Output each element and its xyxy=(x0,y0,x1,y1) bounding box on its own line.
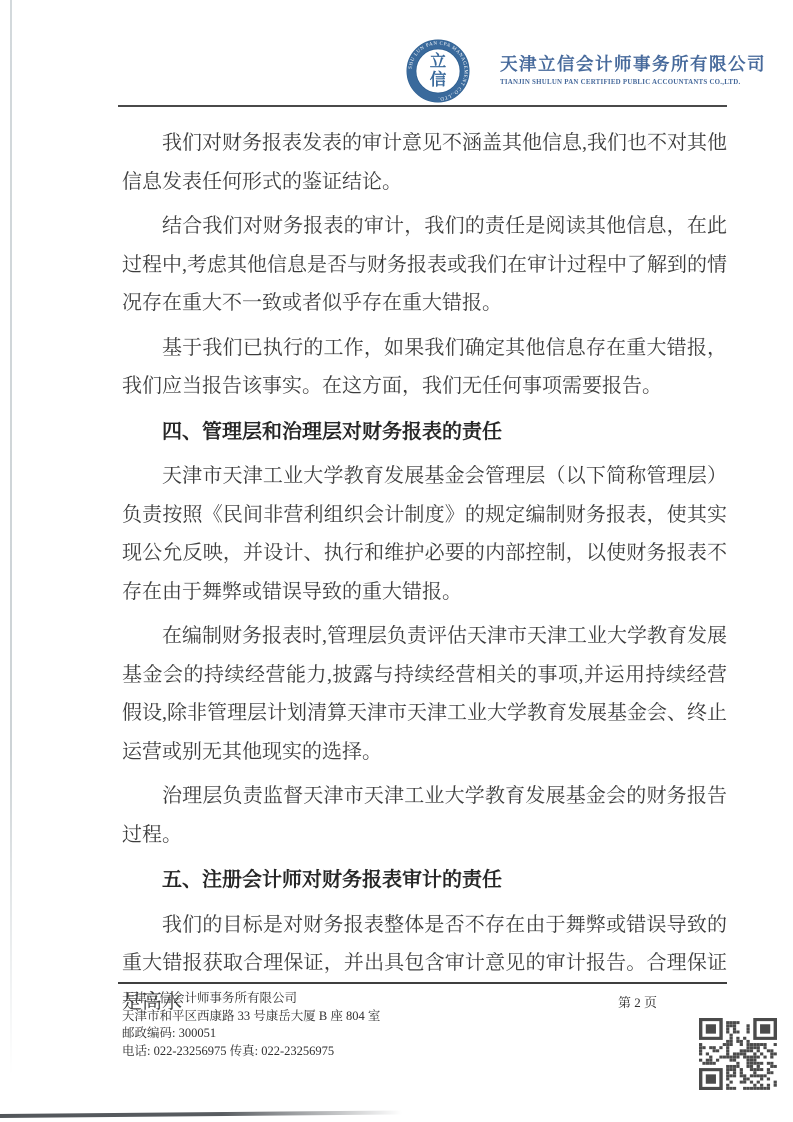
company-logo-icon: SHU LUN PAN CPA MANAGEMENT CO.,LTD. 立 信 xyxy=(406,39,470,103)
scan-edge-bottom xyxy=(0,1110,402,1118)
footer-postcode: 邮政编码: 300051 xyxy=(122,1025,542,1043)
footer-phone-fax: 电话: 022-23256975 传真: 022-23256975 xyxy=(122,1043,542,1061)
paragraph-other-info-2: 结合我们对财务报表的审计，我们的责任是阅读其他信息，在此过程中,考虑其他信息是否… xyxy=(122,207,727,323)
paragraph-other-info-3: 基于我们已执行的工作，如果我们确定其他信息存在重大错报，我们应当报告该事实。在这… xyxy=(122,329,727,406)
header-divider xyxy=(118,105,727,107)
footer-contact-block: 天津立信会计师事务所有限公司 天津市和平区西康路 33 号康岳大厦 B 座 80… xyxy=(122,990,542,1060)
footer-address: 天津市和平区西康路 33 号康岳大厦 B 座 804 室 xyxy=(122,1008,542,1026)
section-5-heading: 五、注册会计师对财务报表审计的责任 xyxy=(122,861,727,900)
report-body: 我们对财务报表发表的审计意见不涵盖其他信息,我们也不对其他信息发表任何形式的鉴证… xyxy=(122,124,727,1027)
footer-divider xyxy=(118,982,727,984)
section-4-heading: 四、管理层和治理层对财务报表的责任 xyxy=(122,413,727,452)
footer-company-name: 天津立信会计师事务所有限公司 xyxy=(122,990,542,1008)
logo-char-bottom: 信 xyxy=(430,69,447,89)
company-name-cn: 天津立信会计师事务所有限公司 xyxy=(500,51,760,76)
paragraph-mgmt-responsibility-1: 天津市天津工业大学教育发展基金会管理层（以下简称管理层）负责按照《民间非营利组织… xyxy=(122,457,727,611)
qr-code xyxy=(699,1018,777,1090)
paragraph-mgmt-responsibility-2: 在编制财务报表时,管理层负责评估天津市天津工业大学教育发展基金会的持续经营能力,… xyxy=(122,617,727,771)
logo-char-top: 立 xyxy=(430,51,447,71)
paragraph-other-info-1: 我们对财务报表发表的审计意见不涵盖其他信息,我们也不对其他信息发表任何形式的鉴证… xyxy=(122,124,727,201)
document-page: SHU LUN PAN CPA MANAGEMENT CO.,LTD. 立 信 … xyxy=(0,0,793,1122)
page-number: 第 2 页 xyxy=(618,992,657,1011)
scan-edge-left xyxy=(10,0,12,1075)
paragraph-governance-oversight: 治理层负责监督天津市天津工业大学教育发展基金会的财务报告过程。 xyxy=(122,777,727,854)
company-name-en: TIANJIN SHULUN PAN CERTIFIED PUBLIC ACCO… xyxy=(500,79,760,86)
company-name-block: 天津立信会计师事务所有限公司 TIANJIN SHULUN PAN CERTIF… xyxy=(500,51,760,86)
